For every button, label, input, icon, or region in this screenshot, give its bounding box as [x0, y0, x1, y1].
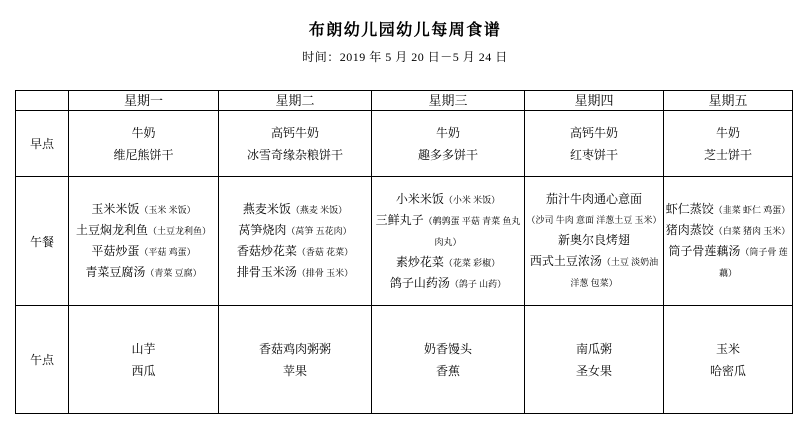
menu-item: 茄汁牛肉通心意面（沙司 牛肉 意面 洋葱土豆 玉米） — [525, 189, 663, 230]
dish-name: 燕麦米饭 — [243, 202, 291, 216]
dish-ingredients: （白菜 猪肉 玉米） — [714, 226, 791, 236]
menu-item: 鸽子山药汤（鸽子 山药） — [372, 273, 524, 294]
row-label-lunch: 午餐 — [16, 177, 69, 306]
col-header-thursday: 星期四 — [525, 91, 664, 111]
col-header-tuesday: 星期二 — [219, 91, 372, 111]
cell-breakfast-tuesday: 高钙牛奶 冰雪奇缘杂粮饼干 — [219, 111, 372, 177]
menu-item: 山芋 — [69, 338, 218, 360]
cell-snack-friday: 玉米 哈密瓜 — [664, 306, 793, 414]
dish-ingredients: （小米 米饭） — [444, 195, 500, 205]
date-range: 时间：2019 年 5 月 20 日－5 月 24 日 — [0, 50, 810, 64]
cell-lunch-tuesday: 燕麦米饭（燕麦 米饭） 莴笋烧肉（莴笋 五花肉） 香菇炒花菜（香菇 花菜） 排骨… — [219, 177, 372, 306]
dish-ingredients: （韭菜 虾仁 鸡蛋） — [714, 205, 791, 215]
dish-name: 三鲜丸子 — [376, 213, 424, 227]
dish-name: 茄汁牛肉通心意面 — [525, 189, 663, 209]
menu-item: 牛奶 — [69, 122, 218, 144]
menu-item: 平菇炒蛋（平菇 鸡蛋） — [69, 241, 218, 262]
menu-item: 南瓜粥 — [525, 338, 663, 360]
dish-ingredients: （青菜 豆腐） — [145, 268, 201, 278]
menu-item: 西瓜 — [69, 360, 218, 382]
dish-name: 猪肉蒸饺 — [666, 223, 714, 237]
menu-item: 牛奶 — [664, 122, 792, 144]
cell-breakfast-wednesday: 牛奶 趣多多饼干 — [372, 111, 525, 177]
menu-item: 圣女果 — [525, 360, 663, 382]
weekly-menu-table: 星期一 星期二 星期三 星期四 星期五 早点 牛奶 维尼熊饼干 高钙牛奶 冰雪奇… — [15, 90, 793, 414]
menu-item: 哈密瓜 — [664, 360, 792, 382]
menu-item: 香菇鸡肉粥粥 — [219, 338, 371, 360]
header-row: 星期一 星期二 星期三 星期四 星期五 — [16, 91, 793, 111]
dish-ingredients: （莴笋 五花肉） — [286, 226, 351, 236]
dish-ingredients: （排骨 玉米） — [297, 268, 353, 278]
cell-breakfast-friday: 牛奶 芝士饼干 — [664, 111, 793, 177]
dish-name: 莴笋烧肉 — [238, 223, 286, 237]
col-header-wednesday: 星期三 — [372, 91, 525, 111]
menu-item: 素炒花菜（花菜 彩椒） — [372, 252, 524, 273]
menu-item: 排骨玉米汤（排骨 玉米） — [219, 262, 371, 283]
menu-item: 虾仁蒸饺（韭菜 虾仁 鸡蛋） — [664, 199, 792, 220]
cell-snack-wednesday: 奶香馒头 香蕉 — [372, 306, 525, 414]
dish-name: 青菜豆腐汤 — [85, 265, 145, 279]
row-lunch: 午餐 玉米米饭（玉米 米饭） 土豆焖龙利鱼（土豆龙利鱼） 平菇炒蛋（平菇 鸡蛋）… — [16, 177, 793, 306]
menu-item: 猪肉蒸饺（白菜 猪肉 玉米） — [664, 220, 792, 241]
dish-ingredients: （土豆龙利鱼） — [148, 226, 211, 236]
cell-lunch-wednesday: 小米米饭（小米 米饭） 三鲜丸子（鹌鹑蛋 平菇 青菜 鱼丸 肉丸） 素炒花菜（花… — [372, 177, 525, 306]
dish-ingredients: （沙司 牛肉 意面 洋葱土豆 玉米） — [526, 215, 661, 225]
dish-name: 香菇炒花菜 — [237, 244, 297, 258]
menu-item: 新奥尔良烤翅 — [525, 230, 663, 251]
menu-item: 青菜豆腐汤（青菜 豆腐） — [69, 262, 218, 283]
cell-snack-tuesday: 香菇鸡肉粥粥 苹果 — [219, 306, 372, 414]
cell-lunch-thursday: 茄汁牛肉通心意面（沙司 牛肉 意面 洋葱土豆 玉米） 新奥尔良烤翅 西式土豆浓汤… — [525, 177, 664, 306]
menu-item: 苹果 — [219, 360, 371, 382]
row-afternoon-snack: 午点 山芋 西瓜 香菇鸡肉粥粥 苹果 奶香馒头 香蕉 南瓜粥 圣女果 — [16, 306, 793, 414]
cell-lunch-monday: 玉米米饭（玉米 米饭） 土豆焖龙利鱼（土豆龙利鱼） 平菇炒蛋（平菇 鸡蛋） 青菜… — [69, 177, 219, 306]
corner-cell — [16, 91, 69, 111]
menu-item: 筒子骨莲藕汤（筒子骨 莲藕） — [664, 241, 792, 283]
menu-item: 牛奶 — [372, 122, 524, 144]
menu-item: 高钙牛奶 — [525, 122, 663, 144]
dish-ingredients: （玉米 米饭） — [139, 205, 195, 215]
dish-name: 虾仁蒸饺 — [666, 202, 714, 216]
cell-snack-monday: 山芋 西瓜 — [69, 306, 219, 414]
menu-item: 维尼熊饼干 — [69, 144, 218, 166]
menu-item: 冰雪奇缘杂粮饼干 — [219, 144, 371, 166]
dish-ingredients: （鸽子 山药） — [450, 279, 506, 289]
col-header-friday: 星期五 — [664, 91, 793, 111]
dish-ingredients: （香菇 花菜） — [297, 247, 353, 257]
row-breakfast: 早点 牛奶 维尼熊饼干 高钙牛奶 冰雪奇缘杂粮饼干 牛奶 趣多多饼干 高钙牛奶 … — [16, 111, 793, 177]
dish-ingredients: （鹌鹑蛋 平菇 青菜 鱼丸 肉丸） — [424, 216, 521, 247]
dish-name: 鸽子山药汤 — [390, 276, 450, 290]
menu-item: 玉米 — [664, 338, 792, 360]
menu-item: 玉米米饭（玉米 米饭） — [69, 199, 218, 220]
dish-name: 筒子骨莲藕汤 — [668, 244, 740, 258]
dish-name: 土豆焖龙利鱼 — [76, 223, 148, 237]
dish-ingredients: （平菇 鸡蛋） — [139, 247, 195, 257]
row-label-breakfast: 早点 — [16, 111, 69, 177]
dish-name: 排骨玉米汤 — [237, 265, 297, 279]
dish-name: 素炒花菜 — [396, 255, 444, 269]
menu-document: 布朗幼儿园幼儿每周食谱 时间：2019 年 5 月 20 日－5 月 24 日 … — [0, 20, 810, 414]
menu-item: 芝士饼干 — [664, 144, 792, 166]
dish-name: 小米米饭 — [396, 192, 444, 206]
dish-name: 西式土豆浓汤 — [530, 254, 602, 268]
menu-item: 土豆焖龙利鱼（土豆龙利鱼） — [69, 220, 218, 241]
dish-name: 玉米米饭 — [91, 202, 139, 216]
menu-item: 香蕉 — [372, 360, 524, 382]
menu-item: 燕麦米饭（燕麦 米饭） — [219, 199, 371, 220]
page-title: 布朗幼儿园幼儿每周食谱 — [0, 20, 810, 42]
cell-breakfast-thursday: 高钙牛奶 红枣饼干 — [525, 111, 664, 177]
menu-item: 小米米饭（小米 米饭） — [372, 189, 524, 210]
dish-name: 平菇炒蛋 — [91, 244, 139, 258]
menu-item: 红枣饼干 — [525, 144, 663, 166]
cell-breakfast-monday: 牛奶 维尼熊饼干 — [69, 111, 219, 177]
menu-item: 高钙牛奶 — [219, 122, 371, 144]
dish-ingredients: （燕麦 米饭） — [291, 205, 347, 215]
menu-item: 趣多多饼干 — [372, 144, 524, 166]
menu-item: 香菇炒花菜（香菇 花菜） — [219, 241, 371, 262]
menu-item: 三鲜丸子（鹌鹑蛋 平菇 青菜 鱼丸 肉丸） — [372, 210, 524, 252]
row-label-afternoon-snack: 午点 — [16, 306, 69, 414]
cell-snack-thursday: 南瓜粥 圣女果 — [525, 306, 664, 414]
menu-item: 莴笋烧肉（莴笋 五花肉） — [219, 220, 371, 241]
menu-item: 奶香馒头 — [372, 338, 524, 360]
cell-lunch-friday: 虾仁蒸饺（韭菜 虾仁 鸡蛋） 猪肉蒸饺（白菜 猪肉 玉米） 筒子骨莲藕汤（筒子骨… — [664, 177, 793, 306]
dish-name: 新奥尔良烤翅 — [558, 233, 630, 247]
menu-item: 西式土豆浓汤（土豆 淡奶油 洋葱 包菜） — [525, 251, 663, 293]
dish-ingredients: （花菜 彩椒） — [444, 258, 500, 268]
col-header-monday: 星期一 — [69, 91, 219, 111]
